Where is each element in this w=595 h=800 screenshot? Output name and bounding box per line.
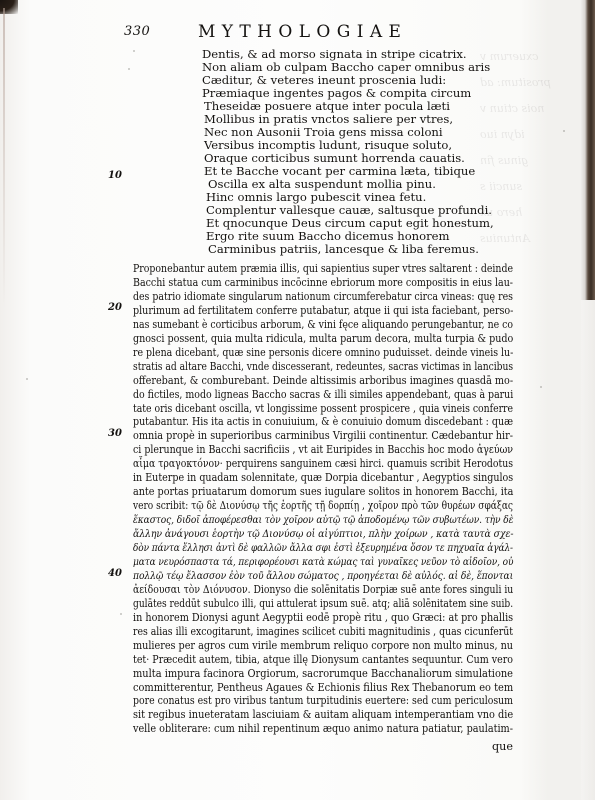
- show-through-text: Antunius: [480, 232, 530, 245]
- text-line: nas sumebant è corticibus arborum, & vin…: [133, 318, 513, 332]
- greek-text-line: πολλῷ τέῳ ἔλασσον ἐὸν τοῦ ἄλλου σώματος …: [133, 569, 513, 583]
- paper-speck: [540, 386, 542, 388]
- text-line: in honorem Dionysi agunt Aegyptii eodē p…: [133, 611, 513, 625]
- show-through-text: idyn iuo: [480, 128, 525, 141]
- text-line: sit regibus inueteratam lasciuiam & auit…: [133, 708, 513, 722]
- show-through-text: ginus fin: [480, 154, 528, 167]
- text-line: in Euterpe in quadam solennitate, quæ Do…: [133, 471, 513, 485]
- show-through-text: nois ctiun v: [480, 102, 544, 115]
- text-line: re plena dicebant, quæ sine personis dic…: [133, 346, 513, 360]
- page-header: 330 MYTHOLOGIAE: [124, 22, 524, 44]
- paper-speck: [563, 130, 565, 132]
- margin-line-number: 20: [108, 302, 122, 313]
- running-title: MYTHOLOGIAE: [198, 22, 407, 42]
- text-line: des patrio idiomate singularum nationum …: [133, 290, 513, 304]
- text-line: αἷμα τραγοκτόνον· perquirens sanguinem c…: [133, 457, 513, 471]
- show-through-text: suncii s: [480, 180, 522, 193]
- page-edge-lower: [581, 300, 595, 800]
- text-line: ci plerunque in Bacchi sacrificiis , vt …: [133, 443, 513, 457]
- text-line: plurimum ad fertilitatem conferre putaba…: [133, 304, 513, 318]
- text-line: committerentur, Pentheus Agaues & Echion…: [133, 681, 513, 695]
- text-line: res alias illi excogitarunt, imagines sc…: [133, 625, 513, 639]
- text-line: gulātes reddūt subulco illi, qui attuler…: [133, 597, 513, 611]
- text-line: omnia propè in superioribus carminibus V…: [133, 429, 513, 443]
- text-line: pore conatus est pro viribus tantum turp…: [133, 694, 513, 708]
- greek-text-line: δὸν πάντα ἕλλησι ἀντὶ δὲ φαλλῶν ἄλλα σφι…: [133, 541, 513, 555]
- text-line: tate oris dicebant oscilla, vt longissim…: [133, 402, 513, 416]
- text-line: offerebant, & comburebant. Deinde altiss…: [133, 374, 513, 388]
- text-line: ἀείδουσαι τὸν Διόνυσον. Dionyso die solē…: [133, 583, 513, 597]
- text-line: velle obliterare: cum nihil repentinum æ…: [133, 722, 513, 736]
- text-line: do fictiles, modo ligneas Baccho sacras …: [133, 388, 513, 402]
- paper-speck: [120, 613, 122, 615]
- greek-text-line: ἕκαστος, διδοῖ ἀποφέρεσθαι τὸν χοῖρον αὐ…: [133, 513, 513, 527]
- text-line: mulieres per agros cum virile membrum re…: [133, 639, 513, 653]
- show-through-text: prositum: ad: [480, 76, 551, 89]
- margin-line-number: 10: [108, 170, 122, 181]
- catchword: que: [492, 740, 513, 753]
- page-number: 330: [124, 24, 150, 39]
- text-line: ante portas priuatarum domorum sues iugu…: [133, 485, 513, 499]
- greek-text-line: ἄλλην ἀνάγουσι ἑορτὴν τῷ Διονύσῳ οἱ αἰγύ…: [133, 527, 513, 541]
- verse-line: Carminibus patriis, lancesque & liba fer…: [208, 243, 479, 256]
- text-line: Proponebantur autem præmia illis, qui sa…: [133, 262, 513, 276]
- paper-speck: [128, 68, 130, 70]
- page-gutter-edge: [3, 8, 5, 308]
- paper-speck: [26, 378, 28, 380]
- margin-line-number: 40: [108, 568, 122, 579]
- paper-speck: [133, 50, 135, 52]
- text-line: tet· Præcedit autem, tibia, atque illę D…: [133, 653, 513, 667]
- text-line: gnosci possent, quia multa ridicula, mul…: [133, 332, 513, 346]
- text-line: vero scribit: τῷ δὲ Διονύσῳ τῆς ἑορτῆς τ…: [133, 499, 513, 513]
- text-line: Bacchi statua cum carminibus incōcinne e…: [133, 276, 513, 290]
- greek-text-line: ματα νευρόσπαστα τά, περιφορέουσι κατὰ κ…: [133, 555, 513, 569]
- text-line: putabantur. His ita actis in conuiuium, …: [133, 415, 513, 429]
- text-line: multa impura facinora Orgiorum, sacrorum…: [133, 667, 513, 681]
- margin-line-number: 30: [108, 428, 122, 439]
- book-page: cxuerum v prositum: ad nois ctiun v idyn…: [0, 0, 595, 800]
- text-line: stratis ad altare Bacchi, vnde discesser…: [133, 360, 513, 374]
